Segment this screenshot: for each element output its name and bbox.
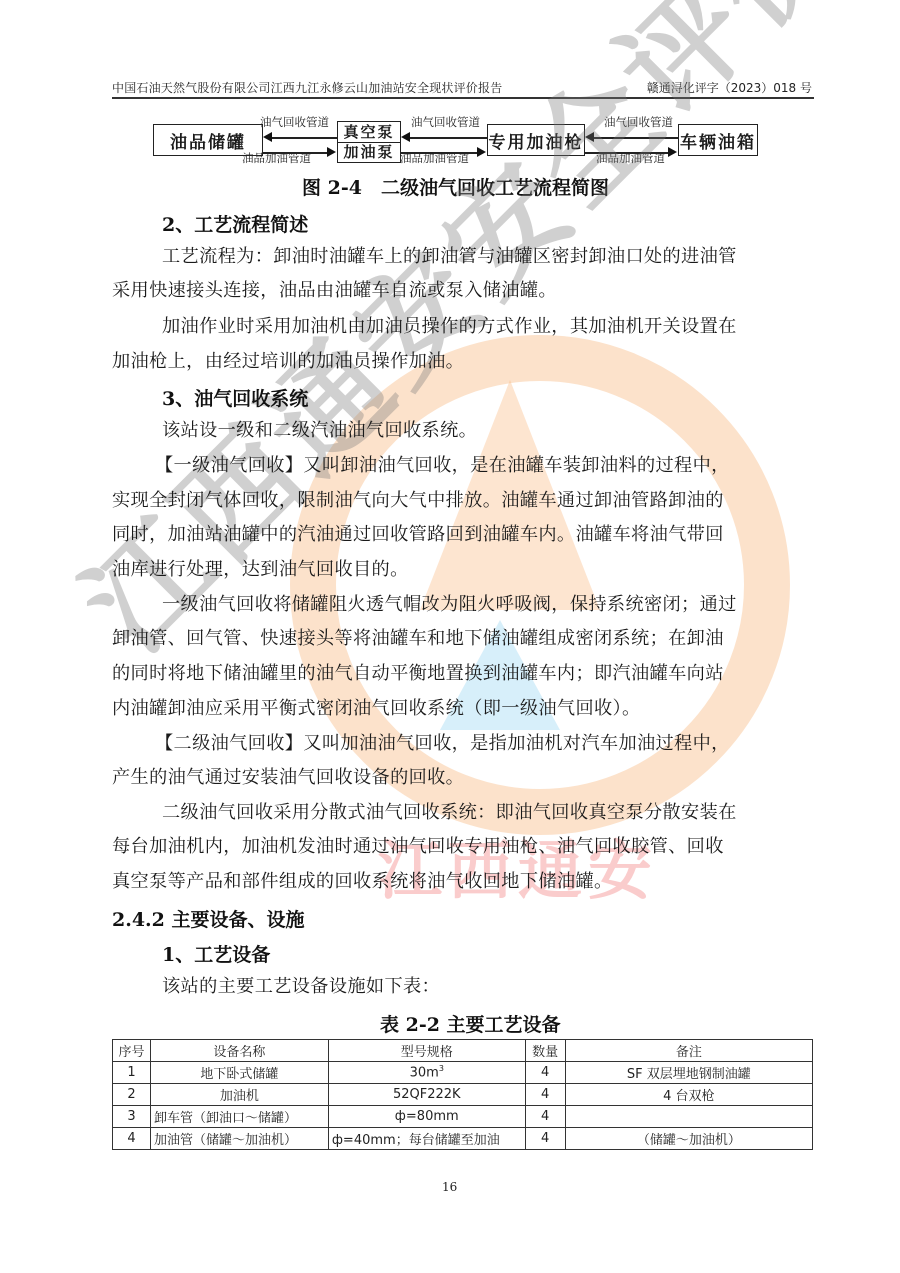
col-header: 备注 [565,1040,812,1062]
col-header: 设备名称 [150,1040,328,1062]
paragraph-line: 一级油气回收将储罐阻火透气帽改为阻火呼吸阀，保持系统密闭；通过 [162,588,814,622]
paragraph-line: 该站的主要工艺设备设施如下表： [162,970,814,1004]
figure-caption: 图 2-4 二级油气回收工艺流程简图 [302,173,609,200]
cell: 4 台双枪 [565,1084,812,1106]
supply-pipe-label-2: 油品加油管道 [400,150,469,166]
paragraph-line: 的同时将地下储油罐里的油气自动平衡地置换到油罐车内；即汽油罐车向站 [112,657,814,691]
col-header: 序号 [113,1040,151,1062]
paragraph-line: 真空泵等产品和部件组成的回收系统将油气收回地下储油罐。 [112,865,814,899]
section-heading: 3、油气回收系统 [162,384,308,411]
table-header-row: 序号 设备名称 型号规格 数量 备注 [113,1040,813,1062]
table-caption: 表 2-2 主要工艺设备 [380,1010,561,1037]
return-pipe-label-2: 油气回收管道 [411,114,480,130]
cell: SF 双层埋地钢制油罐 [565,1062,812,1084]
arrow-left-icon [263,132,272,142]
paragraph-line: 工艺流程为：卸油时油罐车上的卸油管与油罐区密封卸油口处的进油管 [162,240,814,274]
node-pumps: 真空泵 加油泵 [337,121,401,163]
paragraph-line: 油库进行处理，达到油气回收目的。 [112,553,814,587]
node-nozzle: 专用加油枪 [487,124,585,156]
cell: 30m3 [328,1062,525,1084]
paragraph-line: 该站设一级和二级汽油油气回收系统。 [162,414,814,448]
flow-diagram: 油品储罐 油气回收管道 油品加油管道 真空泵 加油泵 油气回收管道 油品加油管道… [150,112,770,170]
cell: 4 [113,1128,151,1150]
paragraph-line: 【二级油气回收】又叫加油油气回收，是指加油机对汽车加油过程中， [155,727,857,761]
paragraph-line: 加油枪上，由经过培训的加油员操作加油。 [112,345,814,379]
cell: 加油管（储罐～加油机） [150,1128,328,1150]
return-line-3 [594,137,678,139]
arrow-right-icon [477,147,486,157]
node-vacuum-pump: 真空泵 [338,123,400,142]
section-heading: 2.4.2 主要设备、设施 [112,905,305,932]
paragraph-line: 内油罐卸油应采用平衡式密闭油气回收系统（即一级油气回收）。 [112,692,814,726]
section-heading: 2、工艺流程简述 [162,210,308,237]
table-row: 3 卸车管（卸油口～储罐） ф=80mm 4 [113,1106,813,1128]
cell: ф=80mm [328,1106,525,1128]
paragraph-line: 加油作业时采用加油机由加油员操作的方式作业，其加油机开关设置在 [162,310,814,344]
page-number: 16 [442,1180,457,1194]
arrow-left-icon [401,132,410,142]
return-pipe-label-1: 油气回收管道 [260,114,329,130]
return-line-2 [410,137,488,139]
paragraph-line: 产生的油气通过安装油气回收设备的回收。 [112,761,814,795]
cell [565,1106,812,1128]
cell: 52QF222K [328,1084,525,1106]
report-number: 赣通浔化评字（2023）018 号 [647,79,812,96]
superscript: 3 [439,1064,444,1073]
paragraph-line: 采用快速接头连接，油品由油罐车自流或泵入储油罐。 [112,274,814,308]
return-line-1 [272,137,340,139]
paragraph-line: 卸油管、回气管、快速接头等将油罐车和地下储油罐组成密闭系统；在卸油 [112,622,814,656]
supply-pipe-label-1: 油品加油管道 [242,150,311,166]
table-row: 4 加油管（储罐～加油机） ф=40mm；每台储罐至加油 4 （储罐～加油机） [113,1128,813,1150]
page-header: 中国石油天然气股份有限公司江西九江永修云山加油站安全现状评价报告 赣通浔化评字（… [112,77,812,97]
arrow-right-icon [327,147,336,157]
cell: 地下卧式储罐 [150,1062,328,1084]
col-header: 数量 [525,1040,565,1062]
arrow-left-icon [585,132,594,142]
paragraph-line: 同时，加油站油罐中的汽油通过回收管路回到油罐车内。油罐车将油气带回 [112,518,814,552]
document-page: 中国石油天然气股份有限公司江西九江永修云山加油站安全现状评价报告 赣通浔化评字（… [0,0,900,1273]
cell: （储罐～加油机） [565,1128,812,1150]
cell: 3 [113,1106,151,1128]
subsection-heading: 1、工艺设备 [162,940,270,967]
table-row: 2 加油机 52QF222K 4 4 台双枪 [113,1084,813,1106]
node-fuel-pump: 加油泵 [338,142,400,162]
arrow-right-icon [668,147,677,157]
cell: 2 [113,1084,151,1106]
paragraph-line: 每台加油机内，加油机发油时通过油气回收专用油枪、油气回收胶管、回收 [112,830,814,864]
equipment-table: 序号 设备名称 型号规格 数量 备注 1 地下卧式储罐 30m3 4 SF 双层… [112,1039,813,1150]
col-header: 型号规格 [328,1040,525,1062]
paragraph-line: 【一级油气回收】又叫卸油油气回收，是在油罐车装卸油料的过程中， [155,449,857,483]
cell-value: 30m [410,1066,439,1081]
cell: 卸车管（卸油口～储罐） [150,1106,328,1128]
cell: 4 [525,1106,565,1128]
cell: ф=40mm；每台储罐至加油 [328,1128,525,1150]
node-vehicle-tank: 车辆油箱 [678,124,758,156]
cell: 4 [525,1084,565,1106]
cell: 4 [525,1062,565,1084]
header-divider [112,97,814,99]
cell: 加油机 [150,1084,328,1106]
table-row: 1 地下卧式储罐 30m3 4 SF 双层埋地钢制油罐 [113,1062,813,1084]
supply-pipe-label-3: 油品加油管道 [596,150,665,166]
paragraph-line: 实现全封闭气体回收，限制油气向大气中排放。油罐车通过卸油管路卸油的 [112,484,814,518]
report-title: 中国石油天然气股份有限公司江西九江永修云山加油站安全现状评价报告 [112,79,502,96]
cell: 1 [113,1062,151,1084]
paragraph-line: 二级油气回收采用分散式油气回收系统：即油气回收真空泵分散安装在 [162,796,814,830]
cell: 4 [525,1128,565,1150]
return-pipe-label-3: 油气回收管道 [604,114,673,130]
